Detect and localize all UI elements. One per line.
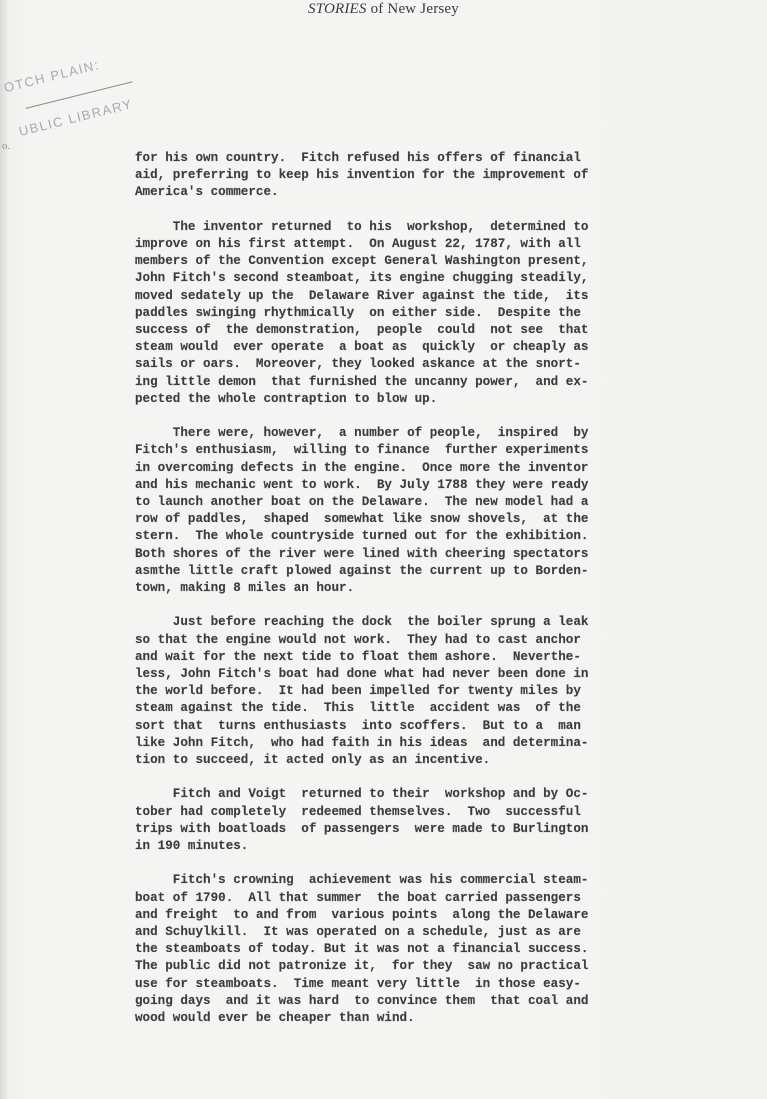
text-line: Fitch's crowning achievement was his com… bbox=[135, 872, 655, 889]
text-line: There were, however, a number of people,… bbox=[135, 425, 655, 442]
text-line: Just before reaching the dock the boiler… bbox=[135, 614, 655, 631]
text-line: trips with boatloads of passengers were … bbox=[135, 821, 655, 838]
text-line: and wait for the next tide to float them… bbox=[135, 649, 655, 666]
text-line: pected the whole contraption to blow up. bbox=[135, 391, 655, 408]
text-line: and his mechanic went to work. By July 1… bbox=[135, 477, 655, 494]
text-line: row of paddles, shaped somewhat like sno… bbox=[135, 511, 655, 528]
running-head: STORIES of New Jersey bbox=[0, 1, 767, 18]
text-line: Fitch's enthusiasm, willing to finance f… bbox=[135, 442, 655, 459]
text-line: and freight to and from various points a… bbox=[135, 907, 655, 924]
paragraph: for his own country. Fitch refused his o… bbox=[135, 150, 655, 202]
text-line: like John Fitch, who had faith in his id… bbox=[135, 735, 655, 752]
document-page: STORIES of New Jersey OTCH PLAIN: UBLIC … bbox=[0, 0, 767, 1099]
text-line: stern. The whole countryside turned out … bbox=[135, 528, 655, 545]
text-line: members of the Convention except General… bbox=[135, 253, 655, 270]
text-line: John Fitch's second steamboat, its engin… bbox=[135, 270, 655, 287]
text-line: ing little demon that furnished the unca… bbox=[135, 374, 655, 391]
text-line: Both shores of the river were lined with… bbox=[135, 546, 655, 563]
text-line: tion to succeed, it acted only as an inc… bbox=[135, 752, 655, 769]
text-line: going days and it was hard to convince t… bbox=[135, 993, 655, 1010]
body-text: for his own country. Fitch refused his o… bbox=[135, 150, 655, 1044]
text-line: The inventor returned to his workshop, d… bbox=[135, 219, 655, 236]
text-line: America's commerce. bbox=[135, 184, 655, 201]
page-fold-shadow bbox=[0, 0, 7, 1099]
stamp-line-1: OTCH PLAIN: bbox=[2, 57, 101, 95]
text-line: aid, preferring to keep his invention fo… bbox=[135, 167, 655, 184]
paragraph: Fitch's crowning achievement was his com… bbox=[135, 872, 655, 1027]
text-line: asmthe little craft plowed against the c… bbox=[135, 563, 655, 580]
text-line: the steamboats of today. But it was not … bbox=[135, 941, 655, 958]
text-line: and Schuylkill. It was operated on a sch… bbox=[135, 924, 655, 941]
running-head-italic: STORIES bbox=[308, 1, 367, 17]
text-line: in 190 minutes. bbox=[135, 838, 655, 855]
text-line: tober had completely redeemed themselves… bbox=[135, 804, 655, 821]
text-line: the world before. It had been impelled f… bbox=[135, 683, 655, 700]
text-line: to launch another boat on the Delaware. … bbox=[135, 494, 655, 511]
stamp-line-2: UBLIC LIBRARY bbox=[17, 96, 134, 139]
text-line: sails or oars. Moreover, they looked ask… bbox=[135, 356, 655, 373]
paragraph: The inventor returned to his workshop, d… bbox=[135, 219, 655, 408]
text-line: use for steamboats. Time meant very litt… bbox=[135, 976, 655, 993]
running-head-rest: of New Jersey bbox=[367, 1, 459, 17]
text-line: for his own country. Fitch refused his o… bbox=[135, 150, 655, 167]
text-line: town, making 8 miles an hour. bbox=[135, 580, 655, 597]
text-line: in overcoming defects in the engine. Onc… bbox=[135, 460, 655, 477]
text-line: success of the demonstration, people cou… bbox=[135, 322, 655, 339]
text-line: sort that turns enthusiasts into scoffer… bbox=[135, 718, 655, 735]
text-line: less, John Fitch's boat had done what ha… bbox=[135, 666, 655, 683]
paragraph: Fitch and Voigt returned to their worksh… bbox=[135, 786, 655, 855]
text-line: steam against the tide. This little acci… bbox=[135, 700, 655, 717]
text-line: boat of 1790. All that summer the boat c… bbox=[135, 890, 655, 907]
paragraph: Just before reaching the dock the boiler… bbox=[135, 614, 655, 769]
text-line: steam would ever operate a boat as quick… bbox=[135, 339, 655, 356]
text-line: wood would ever be cheaper than wind. bbox=[135, 1010, 655, 1027]
text-line: so that the engine would not work. They … bbox=[135, 632, 655, 649]
paragraph: There were, however, a number of people,… bbox=[135, 425, 655, 597]
stamp-number-label: o. bbox=[2, 140, 10, 152]
text-line: improve on his first attempt. On August … bbox=[135, 236, 655, 253]
text-line: paddles swinging rhythmically on either … bbox=[135, 305, 655, 322]
text-line: moved sedately up the Delaware River aga… bbox=[135, 288, 655, 305]
text-line: The public did not patronize it, for the… bbox=[135, 958, 655, 975]
text-line: Fitch and Voigt returned to their worksh… bbox=[135, 786, 655, 803]
